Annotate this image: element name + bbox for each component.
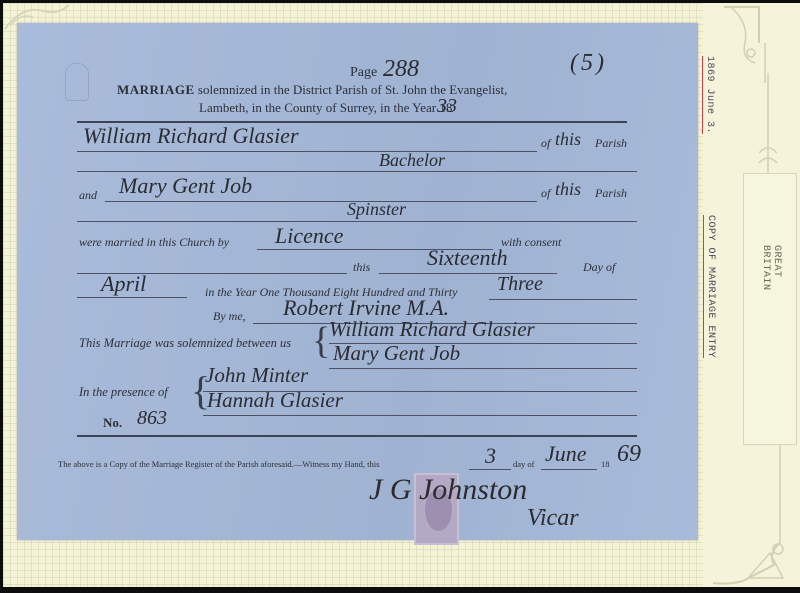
- bride-condition: Spinster: [347, 199, 406, 220]
- married-by-value: Licence: [275, 223, 343, 249]
- married-by-label: were married in this Church by: [79, 235, 229, 250]
- copy-month: June: [545, 441, 587, 467]
- bride-line: [105, 201, 537, 202]
- bride-of-label: of: [541, 186, 550, 201]
- copy-statement: The above is a Copy of the Marriage Regi…: [58, 459, 379, 469]
- bride-condition-line: [77, 221, 637, 222]
- groom-condition: Bachelor: [379, 150, 445, 171]
- month-value: April: [101, 271, 146, 297]
- page-number: 288: [383, 56, 419, 83]
- year-word: Three: [497, 273, 543, 296]
- day-of-label: Day of: [583, 260, 615, 275]
- bride-parish-hand: this: [555, 179, 581, 200]
- album-caption: COPY OF MARRIAGE ENTRY: [703, 215, 716, 358]
- and-label: and: [79, 188, 97, 203]
- consent-label: with consent: [501, 235, 561, 250]
- title-line-2: Lambeth, in the County of Surrey, in the…: [199, 100, 452, 116]
- by-me-label: By me,: [213, 309, 246, 324]
- album-date-note: 1869 June 3.: [702, 56, 715, 134]
- corner-ornament-bottom-right: [708, 443, 800, 588]
- title-line-1-rest: solemnized in the District Parish of St.…: [198, 82, 507, 97]
- presence-label: In the presence of: [79, 385, 168, 400]
- entry-rule: [77, 435, 637, 437]
- entry-number: 863: [137, 407, 167, 430]
- signature-brace: {: [312, 319, 330, 363]
- bride-signature: Mary Gent Job: [333, 341, 460, 366]
- country-line-1: GREAT: [771, 245, 782, 278]
- groom-line: [77, 151, 537, 152]
- solemnized-label: This Marriage was solemnized between us: [79, 336, 291, 351]
- title-bold: MARRIAGE: [117, 82, 195, 97]
- groom-parish-label: Parish: [595, 136, 627, 151]
- side-label-ornament: [753, 73, 783, 173]
- groom-of-label: of: [541, 136, 550, 151]
- country-line-2: BRITAIN: [760, 245, 771, 296]
- copy-day-of: day of: [513, 459, 534, 469]
- copy-month-line: [541, 469, 597, 470]
- corner-ornament-top-right: [719, 3, 799, 83]
- album-country: GREAT BRITAIN: [760, 245, 782, 296]
- bride-name: Mary Gent Job: [119, 173, 252, 199]
- bride-parish-label: Parish: [595, 186, 627, 201]
- page-label: Page: [350, 65, 377, 81]
- copy-day: 3: [485, 443, 496, 469]
- no-label: No.: [103, 415, 122, 431]
- groom-name: William Richard Glasier: [83, 123, 299, 149]
- copy-day-line: [469, 469, 511, 470]
- witness-2-line: [203, 415, 637, 416]
- witness-1: John Minter: [205, 363, 308, 388]
- country-label-box: [743, 173, 797, 445]
- bride-signature-line: [329, 368, 637, 369]
- groom-condition-line: [77, 171, 637, 172]
- day-value: Sixteenth: [427, 245, 508, 271]
- copy-year-suffix: 69: [617, 441, 641, 468]
- vicar-signature: J G Johnston: [369, 473, 527, 507]
- vicar-title: Vicar: [527, 505, 579, 532]
- year-word-line: [489, 299, 637, 300]
- year-suffix: 33: [437, 95, 457, 118]
- copy-year-prefix: 18: [601, 459, 610, 469]
- groom-parish-hand: this: [555, 129, 581, 150]
- pencil-mark: [65, 63, 89, 101]
- marriage-certificate: Page 288 (5) MARRIAGE solemnized in the …: [17, 23, 698, 540]
- entry-index: (5): [570, 50, 607, 77]
- this-label: this: [353, 260, 370, 275]
- groom-signature: William Richard Glasier: [329, 317, 535, 342]
- witness-2: Hannah Glasier: [207, 388, 343, 413]
- month-line: [77, 297, 187, 298]
